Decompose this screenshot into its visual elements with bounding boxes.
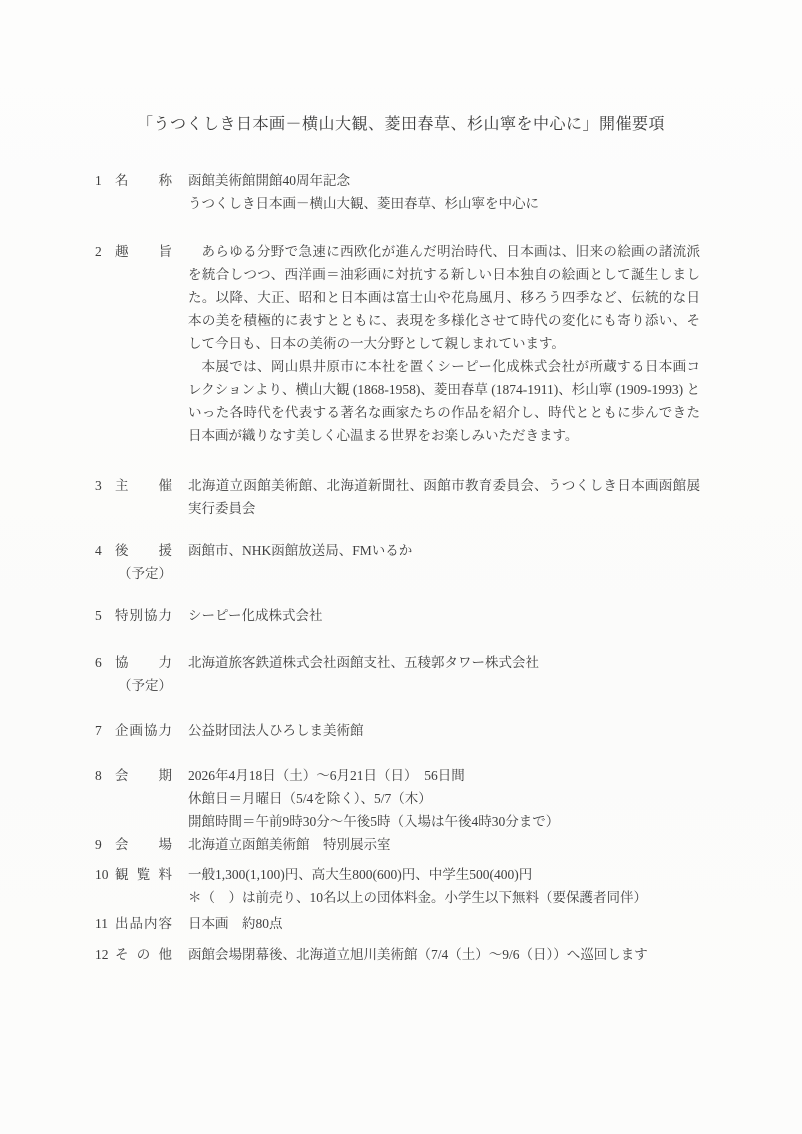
item-label: 出品内容 (115, 912, 172, 935)
item-label-column: 会期 (115, 764, 188, 787)
content-line: 北海道立函館美術館 特別展示室 (188, 833, 700, 856)
item-label: 名称 (115, 169, 172, 192)
item-content: あらゆる分野で急速に西欧化が進んだ明治時代、日本画は、旧来の絵画の諸流派を統合し… (188, 240, 700, 447)
item-label-column: 主催 (115, 474, 188, 497)
item-label-note: （予定） (118, 674, 188, 697)
content-line: 函館会場閉幕後、北海道立旭川美術館（7/4（土）～9/6（日））へ巡回します (188, 943, 700, 966)
content-line: 北海道旅客鉄道株式会社函館支社、五稜郭タワー株式会社 (188, 651, 700, 674)
content-paragraph: 本展では、岡山県井原市に本社を置くシーピー化成株式会社が所蔵する日本画コレクショ… (188, 355, 700, 447)
item-number: 2 (95, 240, 115, 263)
item-label: 会場 (115, 833, 172, 856)
item-number: 4 (95, 539, 115, 562)
item-label-column: 協力（予定） (115, 651, 188, 697)
item-number: 9 (95, 833, 115, 856)
content-line: うつくしき日本画－横山大観、菱田春草、杉山寧を中心に (188, 192, 700, 215)
item-number: 1 (95, 169, 115, 192)
item-row-5: 5特別協力シーピー化成株式会社 (95, 604, 802, 627)
item-row-6: 6協力（予定）北海道旅客鉄道株式会社函館支社、五稜郭タワー株式会社 (95, 651, 802, 697)
item-number: 8 (95, 764, 115, 787)
item-row-3: 3主催北海道立函館美術館、北海道新聞社、函館市教育委員会、うつくしき日本画函館展… (95, 474, 802, 520)
item-row-2: 2趣旨あらゆる分野で急速に西欧化が進んだ明治時代、日本画は、旧来の絵画の諸流派を… (95, 240, 802, 447)
item-content: 日本画 約80点 (188, 912, 700, 935)
item-row-4: 4後援（予定）函館市、NHK函館放送局、FMいるか (95, 539, 802, 585)
item-content: 函館会場閉幕後、北海道立旭川美術館（7/4（土）～9/6（日））へ巡回します (188, 943, 700, 966)
item-number: 7 (95, 719, 115, 742)
item-number: 6 (95, 651, 115, 674)
item-row-10: 10観覧料一般1,300(1,100)円、高大生800(600)円、中学生500… (95, 863, 802, 909)
content-line: シーピー化成株式会社 (188, 604, 700, 627)
content-line: 函館市、NHK函館放送局、FMいるか (188, 539, 700, 562)
scanned-document-page: 「うつくしき日本画－横山大観、菱田春草、杉山寧を中心に」開催要項 1名称函館美術… (0, 0, 802, 1134)
item-content: 北海道旅客鉄道株式会社函館支社、五稜郭タワー株式会社 (188, 651, 700, 674)
item-number: 3 (95, 474, 115, 497)
item-label-column: 特別協力 (115, 604, 188, 627)
item-label: 主催 (115, 474, 172, 497)
content-line: ＊（ ）は前売り、10名以上の団体料金。小学生以下無料（要保護者同伴） (188, 886, 700, 909)
item-content: 北海道立函館美術館 特別展示室 (188, 833, 700, 856)
content-line: 函館美術館開館40周年記念 (188, 169, 700, 192)
item-content: シーピー化成株式会社 (188, 604, 700, 627)
item-number: 11 (95, 912, 115, 935)
document-title: 「うつくしき日本画－横山大観、菱田春草、杉山寧を中心に」開催要項 (0, 112, 802, 138)
content-paragraph: あらゆる分野で急速に西欧化が進んだ明治時代、日本画は、旧来の絵画の諸流派を統合し… (188, 240, 700, 355)
item-number: 5 (95, 604, 115, 627)
items-list: 1名称函館美術館開館40周年記念うつくしき日本画－横山大観、菱田春草、杉山寧を中… (95, 169, 802, 966)
content-line: 日本画 約80点 (188, 912, 700, 935)
item-label: 観覧料 (115, 863, 172, 886)
item-label: その他 (115, 943, 172, 966)
item-row-11: 11出品内容日本画 約80点 (95, 912, 802, 935)
item-label-column: 出品内容 (115, 912, 188, 935)
item-label: 協力 (115, 651, 172, 674)
item-number: 12 (95, 943, 115, 966)
item-label: 会期 (115, 764, 172, 787)
item-label-column: 後援（予定） (115, 539, 188, 585)
item-label: 趣旨 (115, 240, 172, 263)
item-row-12: 12その他函館会場閉幕後、北海道立旭川美術館（7/4（土）～9/6（日））へ巡回… (95, 943, 802, 966)
item-content: 函館美術館開館40周年記念うつくしき日本画－横山大観、菱田春草、杉山寧を中心に (188, 169, 700, 215)
item-label: 後援 (115, 539, 172, 562)
item-label-column: その他 (115, 943, 188, 966)
item-content: 2026年4月18日（土）～6月21日（日） 56日間休館日＝月曜日（5/4を除… (188, 764, 700, 833)
item-content: 公益財団法人ひろしま美術館 (188, 719, 700, 742)
item-row-1: 1名称函館美術館開館40周年記念うつくしき日本画－横山大観、菱田春草、杉山寧を中… (95, 169, 802, 215)
item-content: 北海道立函館美術館、北海道新聞社、函館市教育委員会、うつくしき日本画函館展実行委… (188, 474, 700, 520)
item-row-9: 9会場北海道立函館美術館 特別展示室 (95, 833, 802, 856)
item-row-7: 7企画協力公益財団法人ひろしま美術館 (95, 719, 802, 742)
item-number: 10 (95, 863, 115, 886)
item-label-column: 名称 (115, 169, 188, 192)
content-line: 2026年4月18日（土）～6月21日（日） 56日間 (188, 764, 700, 787)
content-line: 開館時間＝午前9時30分～午後5時（入場は午後4時30分まで） (188, 810, 700, 833)
item-content: 一般1,300(1,100)円、高大生800(600)円、中学生500(400)… (188, 863, 700, 909)
content-line: 休館日＝月曜日（5/4を除く）、5/7（木） (188, 787, 700, 810)
item-label: 特別協力 (115, 604, 172, 627)
content-paragraph: 北海道立函館美術館、北海道新聞社、函館市教育委員会、うつくしき日本画函館展実行委… (188, 474, 700, 520)
item-label: 企画協力 (115, 719, 172, 742)
item-label-column: 趣旨 (115, 240, 188, 263)
content-line: 一般1,300(1,100)円、高大生800(600)円、中学生500(400)… (188, 863, 700, 886)
item-label-column: 観覧料 (115, 863, 188, 886)
item-row-8: 8会期2026年4月18日（土）～6月21日（日） 56日間休館日＝月曜日（5/… (95, 764, 802, 833)
item-label-column: 会場 (115, 833, 188, 856)
item-label-note: （予定） (118, 562, 188, 585)
item-content: 函館市、NHK函館放送局、FMいるか (188, 539, 700, 562)
item-label-column: 企画協力 (115, 719, 188, 742)
content-line: 公益財団法人ひろしま美術館 (188, 719, 700, 742)
